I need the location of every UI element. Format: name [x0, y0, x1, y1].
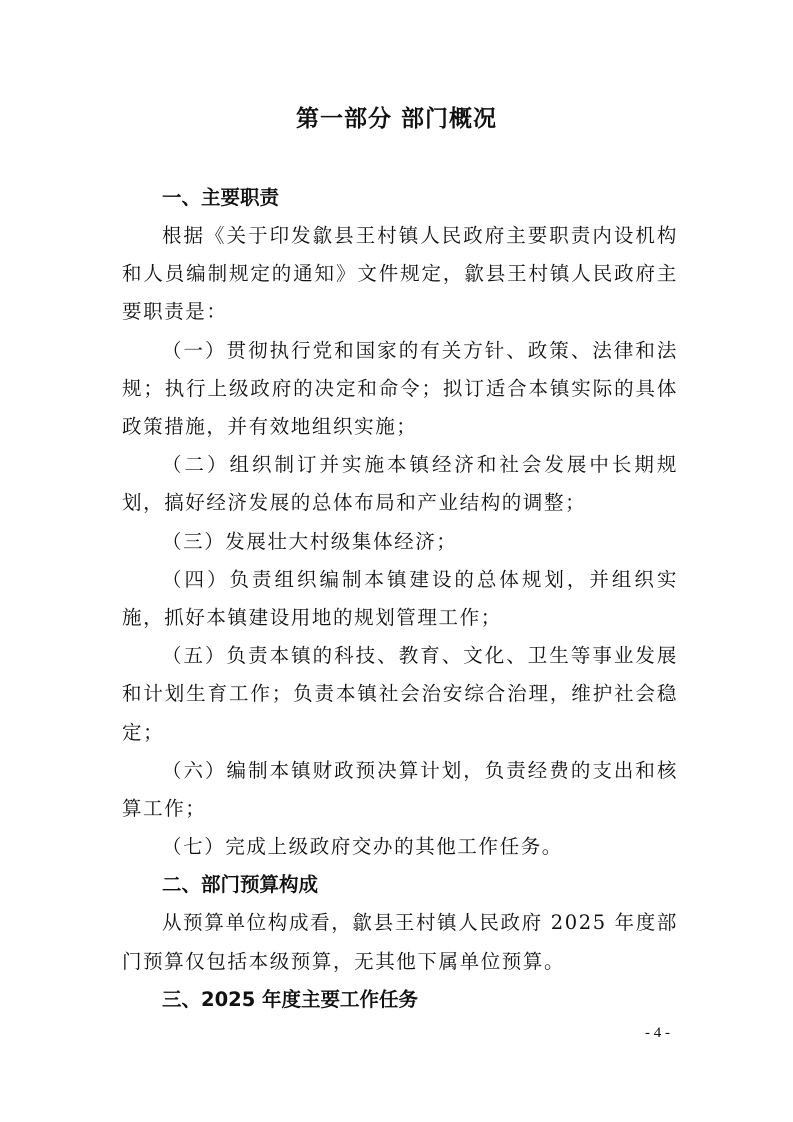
paragraph-duty-4: （四）负责组织编制本镇建设的总体规划，并组织实施，抓好本镇建设用地的规划管理工作… — [122, 561, 678, 637]
paragraph-duty-6: （六）编制本镇财政预决算计划，负责经费的支出和核算工作； — [122, 752, 678, 828]
paragraph-duty-2: （二）组织制订并实施本镇经济和社会发展中长期规划，搞好经济发展的总体布局和产业结… — [122, 446, 678, 522]
paragraph-duties-intro: 根据《关于印发歙县王村镇人民政府主要职责内设机构和人员编制规定的通知》文件规定，… — [122, 217, 678, 332]
section-heading-duties: 一、主要职责 — [122, 179, 678, 217]
paragraph-duty-7: （七）完成上级政府交办的其他工作任务。 — [122, 828, 678, 866]
section-heading-budget-structure: 二、部门预算构成 — [122, 866, 678, 904]
document-body: 一、主要职责 根据《关于印发歙县王村镇人民政府主要职责内设机构和人员编制规定的通… — [122, 179, 678, 1019]
paragraph-budget-structure: 从预算单位构成看，歙县王村镇人民政府 2025 年度部门预算仅包括本级预算，无其… — [122, 904, 678, 980]
page-number: - 4 - — [645, 1025, 670, 1042]
page-title: 第一部分 部门概况 — [0, 100, 793, 133]
section-heading-main-tasks: 三、2025 年度主要工作任务 — [122, 981, 678, 1019]
paragraph-duty-3: （三）发展壮大村级集体经济； — [122, 523, 678, 561]
paragraph-duty-1: （一）贯彻执行党和国家的有关方针、政策、法律和法规；执行上级政府的决定和命令；拟… — [122, 332, 678, 447]
document-page: 第一部分 部门概况 一、主要职责 根据《关于印发歙县王村镇人民政府主要职责内设机… — [0, 0, 793, 1122]
paragraph-duty-5: （五）负责本镇的科技、教育、文化、卫生等事业发展和计划生育工作；负责本镇社会治安… — [122, 637, 678, 752]
